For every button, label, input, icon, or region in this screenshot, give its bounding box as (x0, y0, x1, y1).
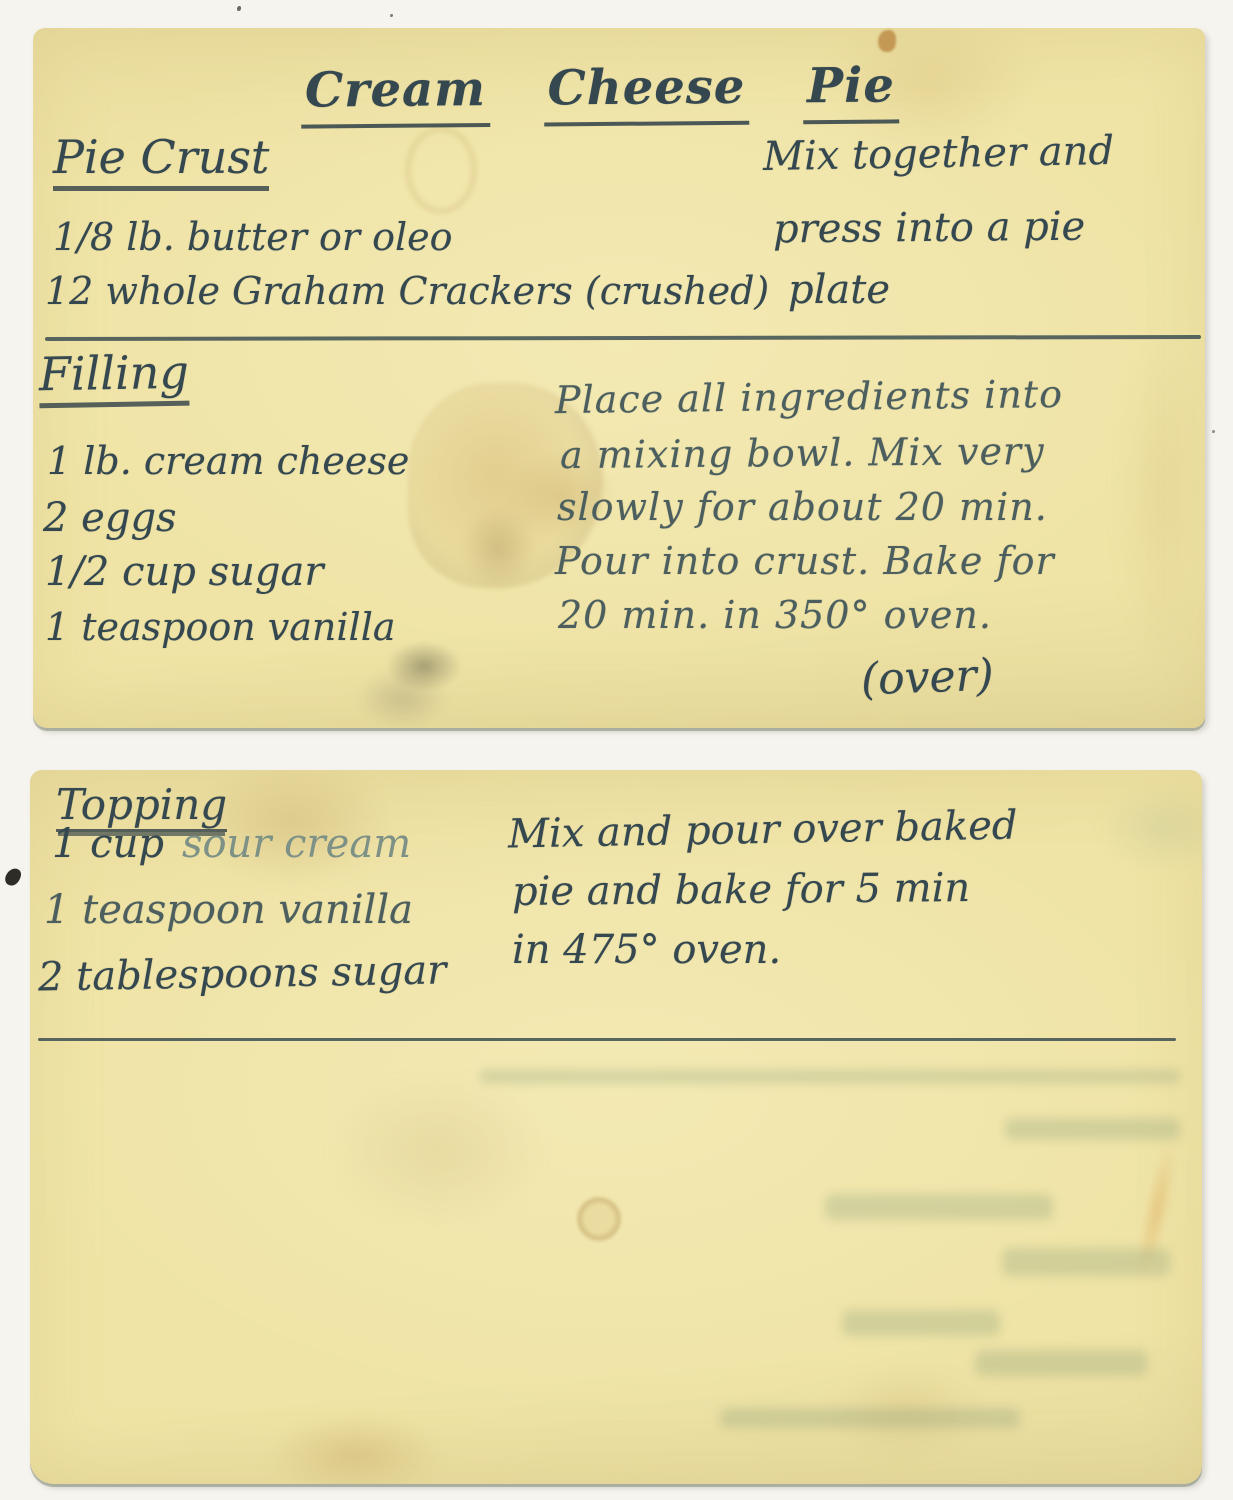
stain-mark (1118, 328, 1203, 658)
filling-instruction-line-5: 20 min. in 350° oven. (558, 596, 992, 634)
stain-mark (828, 1365, 983, 1460)
recipe-card-back: Topping 1 cupsour cream 1 teaspoon vanil… (30, 770, 1202, 1484)
stain-mark (1131, 1141, 1183, 1278)
dust-speck (1212, 430, 1215, 433)
stain-mark (575, 1195, 623, 1243)
pie-crust-instruction-line-3: plate (788, 270, 890, 310)
scan-background: Cream Cheese Pie Pie Crust 1/8 lb. butte… (0, 0, 1233, 1500)
topping-instruction-line-3: in 475° oven. (512, 930, 781, 970)
bleed-through-mark (842, 1310, 1000, 1336)
title-word-pie: Pie (803, 61, 899, 124)
title-word-cream: Cream (301, 65, 490, 129)
topping-ingredient-1-name: sour cream (182, 821, 411, 867)
topping-ingredient-1-qty: 1 cup (52, 821, 164, 867)
topping-instruction-line-2: pie and bake for 5 min (512, 868, 971, 912)
filling-instruction-line-2: a mixing bowl. Mix very (560, 432, 1045, 474)
bleed-through-mark (975, 1350, 1147, 1376)
ink-smudge (355, 668, 450, 728)
divider-line-back (38, 1038, 1176, 1041)
pie-crust-ingredient-1: 1/8 lb. butter or oleo (53, 218, 452, 256)
pie-crust-heading: Pie Crust (53, 134, 269, 191)
stain-mark (461, 506, 536, 591)
topping-instruction-line-1: Mix and pour over baked (508, 806, 1018, 855)
filling-instruction-line-4: Pour into crust. Bake for (555, 542, 1055, 580)
filling-ingredient-2: 2 eggs (43, 498, 177, 538)
filling-ingredient-1: 1 lb. cream cheese (47, 442, 409, 480)
topping-ingredient-1: 1 cupsour cream (52, 824, 411, 864)
stain-mark (405, 126, 477, 214)
stain-mark (878, 30, 896, 52)
stain-mark (1100, 785, 1202, 870)
pie-crust-ingredient-2: 12 whole Graham Crackers (crushed) (45, 272, 769, 310)
filling-ingredient-4: 1 teaspoon vanilla (45, 608, 396, 646)
dust-speck (390, 14, 393, 17)
bleed-through-mark (480, 1070, 1180, 1083)
filling-instruction-line-1: Place all ingredients into (555, 375, 1063, 419)
divider-line-front (45, 335, 1201, 341)
title-word-cheese: Cheese (543, 63, 749, 127)
recipe-card-front: Cream Cheese Pie Pie Crust 1/8 lb. butte… (33, 28, 1205, 728)
stain-mark (268, 1415, 443, 1484)
bleed-through-mark (1005, 1118, 1180, 1140)
dust-speck (237, 6, 241, 11)
bleed-through-mark (720, 1408, 1020, 1428)
recipe-title: Cream Cheese Pie (301, 61, 900, 128)
over-note: (over) (860, 654, 994, 703)
dust-speck (3, 866, 23, 888)
ink-smudge (385, 640, 463, 692)
stain-mark (330, 1075, 545, 1225)
pie-crust-instruction-line-2: press into a pie (773, 207, 1086, 250)
filling-ingredient-3: 1/2 cup sugar (45, 552, 323, 592)
topping-ingredient-2: 1 teaspoon vanilla (44, 890, 413, 930)
filling-instruction-line-3: slowly for about 20 min. (557, 488, 1048, 526)
bleed-through-mark (1002, 1248, 1170, 1276)
bleed-through-mark (825, 1194, 1053, 1220)
pie-crust-instruction-line-1: Mix together and (763, 131, 1115, 177)
topping-ingredient-3: 2 tablespoons sugar (38, 950, 447, 997)
filling-heading: Filling (39, 349, 190, 409)
